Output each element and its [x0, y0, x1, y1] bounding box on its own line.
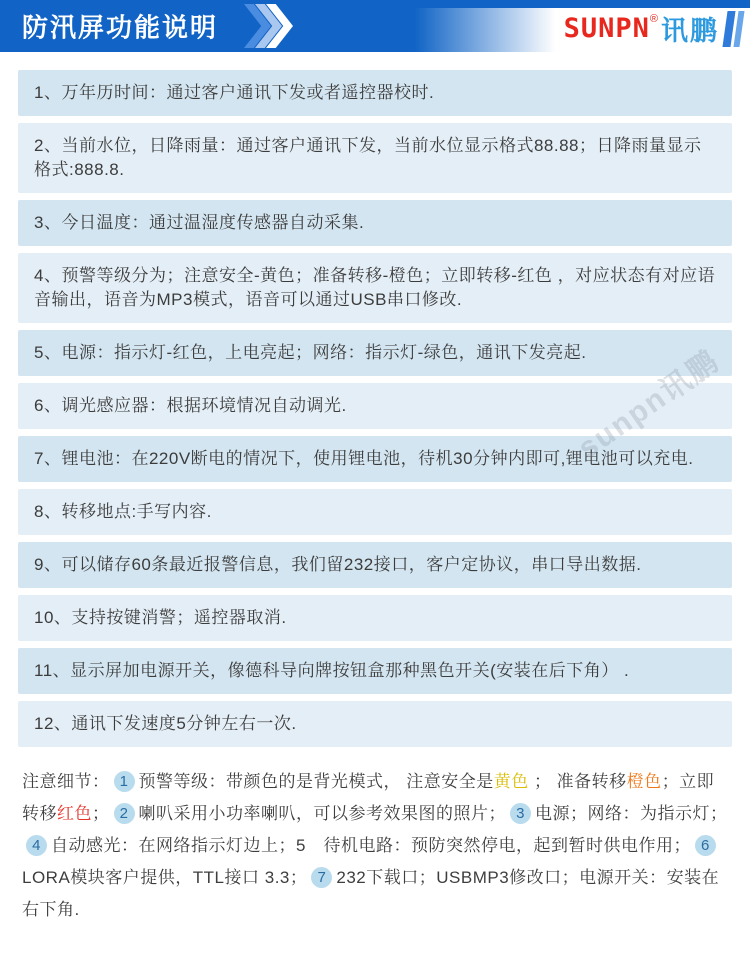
feature-item-8: 8、转移地点:手写内容.	[18, 489, 732, 535]
registered-mark-icon: ®	[650, 13, 658, 25]
feature-item-12: 12、通讯下发速度5分钟左右一次.	[18, 701, 732, 747]
orange-color-text: 橙色	[627, 772, 662, 791]
note-text: LORA模块客户提供，TTL接口 3.3；	[22, 868, 307, 887]
header-banner: 防汛屏功能说明 SUNPN®讯鹏	[0, 0, 750, 52]
note-badge-2: 2	[114, 803, 135, 824]
feature-item-3: 3、今日温度：通过温湿度传感器自动采集.	[18, 200, 732, 246]
note-text: 预警等级：带颜色的是背光模式， 注意安全是	[139, 772, 494, 791]
notes-paragraph: 注意细节：1预警等级：带颜色的是背光模式， 注意安全是黄色 ； 准备转移橙色；立…	[22, 766, 728, 926]
logo-bars-icon	[725, 11, 742, 47]
brand-logo: SUNPN®讯鹏	[564, 9, 742, 48]
note-text: 喇叭采用小功率喇叭，可以参考效果图的照片；	[139, 804, 507, 823]
note-text: ； 准备转移	[529, 772, 627, 791]
feature-item-6: 6、调光感应器：根据环境情况自动调光.	[18, 383, 732, 429]
page: 防汛屏功能说明 SUNPN®讯鹏 sunpn讯鹏 1、万年历时间：通过客户通讯下…	[0, 0, 750, 979]
feature-item-5: 5、电源：指示灯-红色，上电亮起；网络：指示灯-绿色，通讯下发亮起.	[18, 330, 732, 376]
note-text: 电源；网络：为指示灯；	[535, 804, 728, 823]
yellow-color-text: 黄色	[494, 772, 529, 791]
feature-item-2: 2、当前水位，日降雨量：通过客户通讯下发，当前水位显示格式88.88；日降雨量显…	[18, 123, 732, 193]
note-badge-6: 6	[695, 835, 716, 856]
red-color-text: 红色	[57, 804, 92, 823]
chevron-arrows-icon	[244, 4, 319, 48]
feature-item-10: 10、支持按键消警；遥控器取消.	[18, 595, 732, 641]
feature-item-1: 1、万年历时间：通过客户通讯下发或者遥控器校时.	[18, 70, 732, 116]
brand-logo-cn: 讯鹏	[661, 9, 719, 48]
feature-item-7: 7、锂电池：在220V断电的情况下，使用锂电池，待机30分钟内即可,锂电池可以充…	[18, 436, 732, 482]
note-badge-4: 4	[26, 835, 47, 856]
feature-list: 1、万年历时间：通过客户通讯下发或者遥控器校时. 2、当前水位，日降雨量：通过客…	[18, 70, 732, 747]
note-text: ；	[92, 804, 110, 823]
notes-label: 注意细节：	[22, 772, 110, 791]
brand-logo-en: SUNPN	[564, 12, 650, 46]
note-badge-1: 1	[114, 771, 135, 792]
note-badge-3: 3	[510, 803, 531, 824]
note-badge-7: 7	[311, 867, 332, 888]
feature-item-9: 9、可以储存60条最近报警信息，我们留232接口，客户定协议，串口导出数据.	[18, 542, 732, 588]
feature-item-11: 11、显示屏加电源开关，像德科导向牌按钮盒那种黑色开关(安装在后下角） .	[18, 648, 732, 694]
page-title: 防汛屏功能说明	[22, 8, 218, 45]
feature-item-4: 4、预警等级分为；注意安全-黄色；准备转移-橙色；立即转移-红色 ，对应状态有对…	[18, 253, 732, 323]
note-text: 自动感光：在网络指示灯边上；5 待机电路：预防突然停电，起到暂时供电作用；	[51, 836, 691, 855]
